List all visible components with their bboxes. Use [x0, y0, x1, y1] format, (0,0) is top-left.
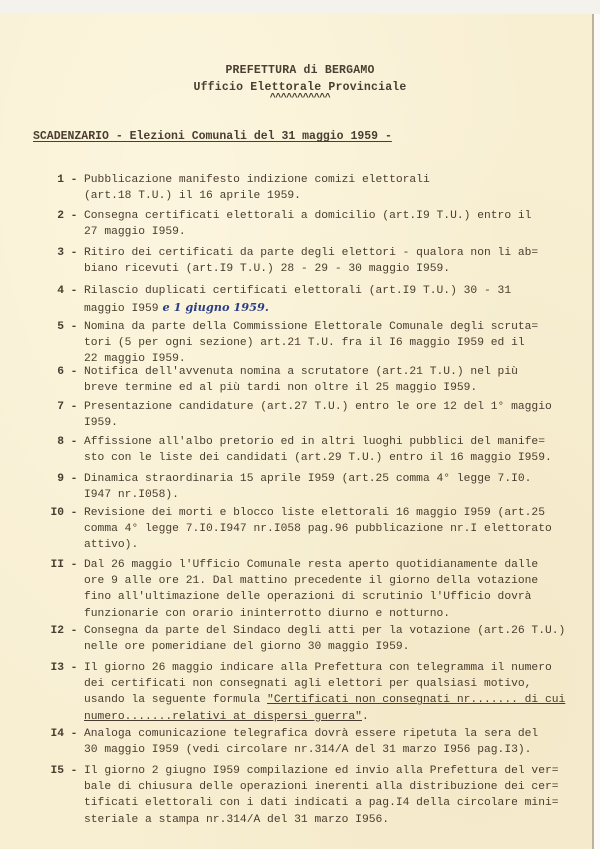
item-text: Notifica dell'avvenuta nomina a scrutato…: [84, 364, 592, 396]
item-number: 8: [32, 434, 64, 466]
item-dash: -: [64, 471, 84, 503]
item-dash: -: [64, 172, 84, 204]
item-number: 9: [32, 471, 64, 503]
document-title: SCADENZARIO - Elezioni Comunali del 31 m…: [33, 130, 392, 143]
handwritten-annotation: e 1 giugno 1959.: [159, 300, 269, 314]
deadline-item: 2-Consegna certificati elettorali a domi…: [32, 208, 592, 240]
deadline-item: 8-Affissione all'albo pretorio ed in alt…: [32, 434, 592, 466]
deadline-item: 7-Presentazione candidature (art.27 T.U.…: [32, 399, 592, 431]
deadline-item: I5-Il giorno 2 giugno I959 compilazione …: [32, 763, 592, 828]
header-office: PREFETTURA di BERGAMO: [0, 64, 600, 77]
item-dash: -: [64, 319, 84, 368]
item-dash: -: [64, 763, 84, 828]
item-number: 7: [32, 399, 64, 431]
item-number: I4: [32, 726, 64, 758]
item-dash: -: [64, 505, 84, 554]
item-text: Dal 26 maggio l'Ufficio Comunale resta a…: [84, 557, 592, 622]
item-dash: -: [64, 364, 84, 396]
scan-right-margin: [594, 14, 600, 849]
deadline-item: I2-Consegna da parte del Sindaco degli a…: [32, 623, 592, 655]
item-dash: -: [64, 434, 84, 466]
item-number: 1: [32, 172, 64, 204]
item-dash: -: [64, 283, 84, 317]
item-text: Affissione all'albo pretorio ed in altri…: [84, 434, 592, 466]
item-text: Ritiro dei certificati da parte degli el…: [84, 245, 592, 277]
item-dash: -: [64, 208, 84, 240]
item-dash: -: [64, 557, 84, 622]
item-number: 2: [32, 208, 64, 240]
item-text: Dinamica straordinaria 15 aprile I959 (a…: [84, 471, 592, 503]
deadline-item: 5-Nomina da parte della Commissione Elet…: [32, 319, 592, 368]
item-text: Il giorno 2 giugno I959 compilazione ed …: [84, 763, 592, 828]
item-text: Pubblicazione manifesto indizione comizi…: [84, 172, 592, 204]
telegram-formula-cont: numero.......relativi at dispersi guerra…: [84, 711, 362, 723]
item-dash: -: [64, 726, 84, 758]
deadline-item: II-Dal 26 maggio l'Ufficio Comunale rest…: [32, 557, 592, 622]
deadline-item: 3-Ritiro dei certificati da parte degli …: [32, 245, 592, 277]
item-number: I2: [32, 623, 64, 655]
item-text: Consegna certificati elettorali a domici…: [84, 208, 592, 240]
item-text: Nomina da parte della Commissione Eletto…: [84, 319, 592, 368]
item-text: Presentazione candidature (art.27 T.U.) …: [84, 399, 592, 431]
item-number: 4: [32, 283, 64, 317]
item-number: 3: [32, 245, 64, 277]
item-number: I0: [32, 505, 64, 554]
deadline-item: I3-Il giorno 26 maggio indicare alla Pre…: [32, 660, 592, 725]
deadline-item: 1-Pubblicazione manifesto indizione comi…: [32, 172, 592, 204]
item-number: 6: [32, 364, 64, 396]
scan-top-margin: [0, 0, 600, 14]
item-dash: -: [64, 399, 84, 431]
item-number: I3: [32, 660, 64, 725]
item-number: I5: [32, 763, 64, 828]
deadline-item: 4-Rilascio duplicati certificati elettor…: [32, 283, 592, 317]
telegram-formula: "Certificati non consegnati nr....... di…: [267, 694, 565, 706]
deadline-item: 9-Dinamica straordinaria 15 aprile I959 …: [32, 471, 592, 503]
item-number: 5: [32, 319, 64, 368]
deadline-item: I0-Revisione dei morti e blocco liste el…: [32, 505, 592, 554]
item-number: II: [32, 557, 64, 622]
item-text: Analoga comunicazione telegrafica dovrà …: [84, 726, 592, 758]
item-dash: -: [64, 245, 84, 277]
header-ornament: ^^^^^^^^^^^: [0, 93, 600, 104]
item-text: Consegna da parte del Sindaco degli atti…: [84, 623, 592, 655]
item-text: Rilascio duplicati certificati elettoral…: [84, 283, 592, 317]
item-dash: -: [64, 623, 84, 655]
deadline-item: I4-Analoga comunicazione telegrafica dov…: [32, 726, 592, 758]
item-text: Il giorno 26 maggio indicare alla Prefet…: [84, 660, 592, 725]
item-dash: -: [64, 660, 84, 725]
item-text: Revisione dei morti e blocco liste elett…: [84, 505, 592, 554]
deadline-item: 6-Notifica dell'avvenuta nomina a scruta…: [32, 364, 592, 396]
